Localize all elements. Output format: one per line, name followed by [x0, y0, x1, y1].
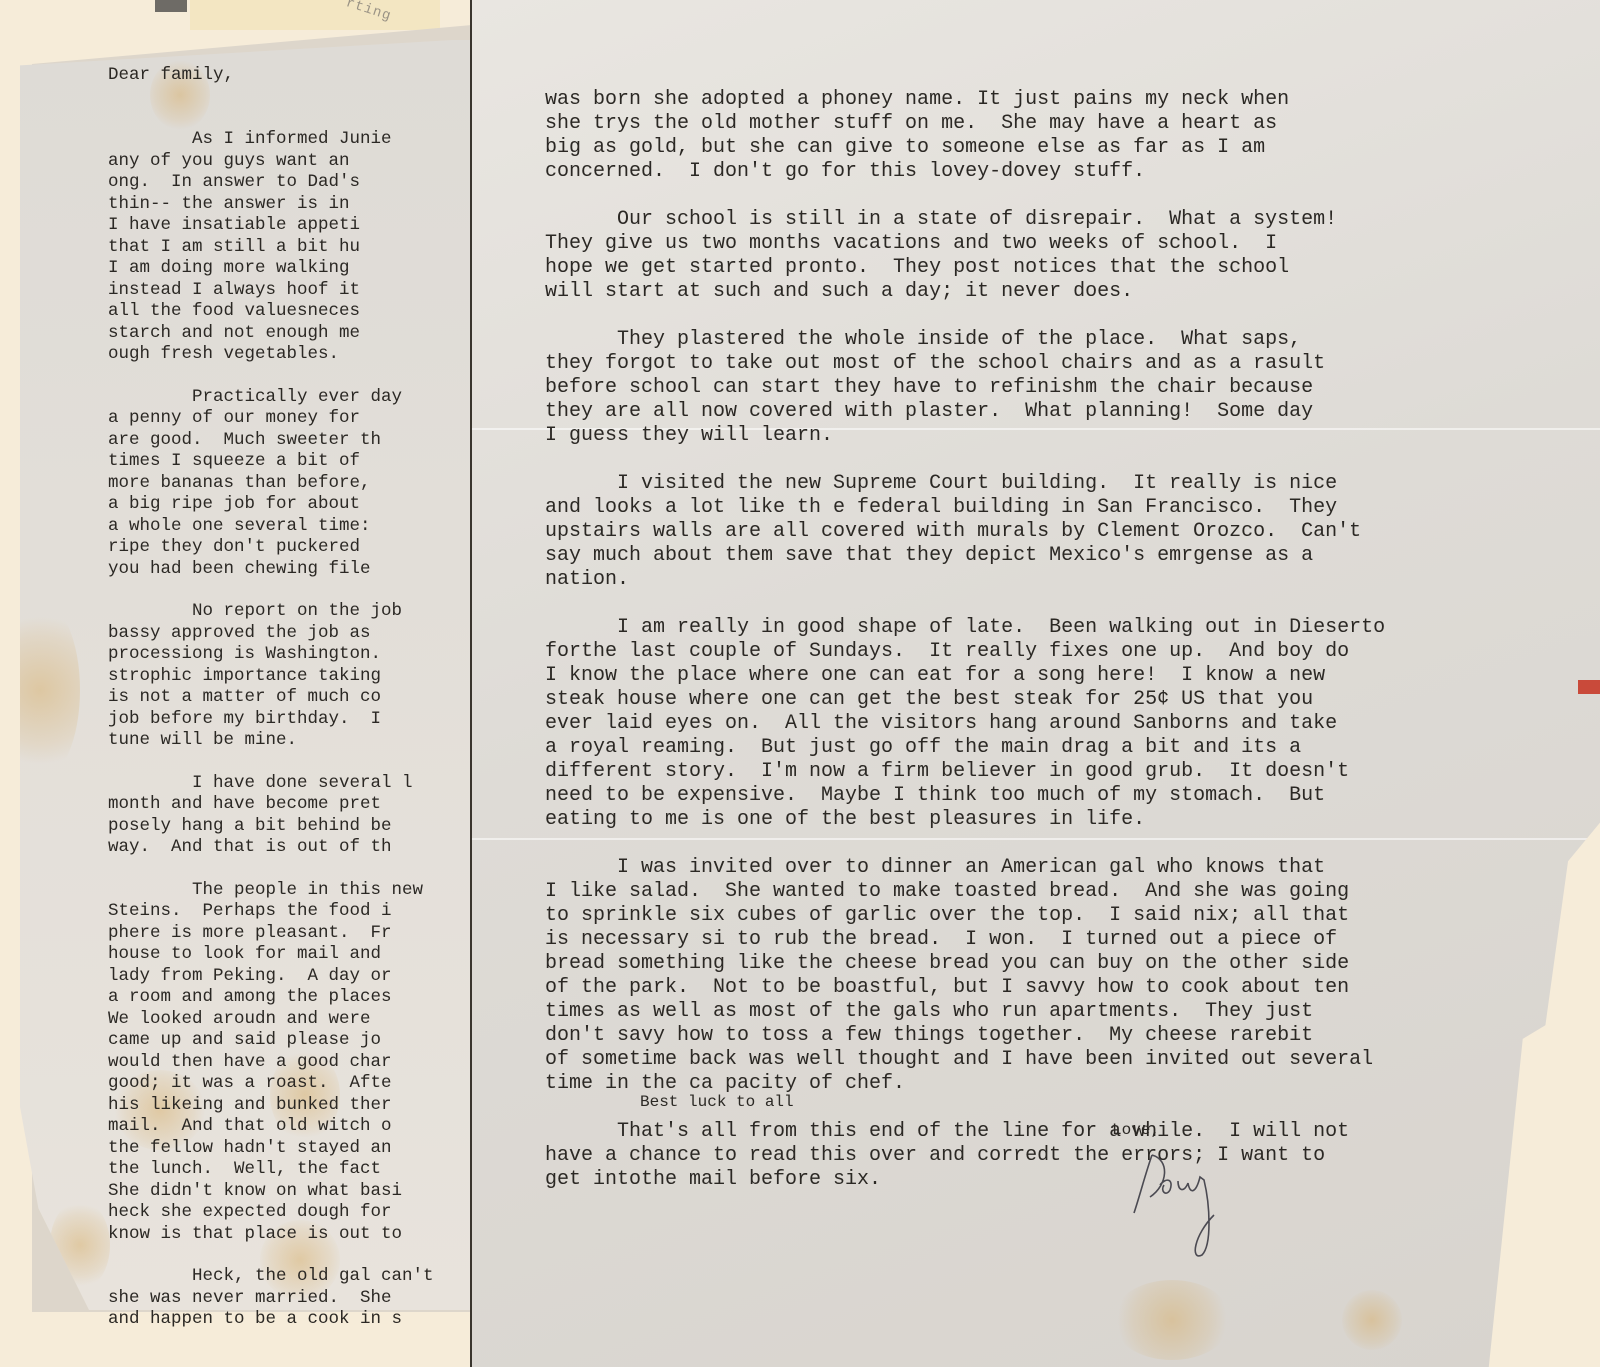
text-line: a whole one several time: — [108, 516, 468, 538]
red-paper-edge — [1578, 680, 1600, 694]
text-line: the lunch. Well, the fact — [108, 1159, 468, 1181]
text-line: No report on the job — [108, 601, 468, 623]
text-line: a big ripe job for about — [108, 494, 468, 516]
text-line: We looked aroudn and were — [108, 1009, 468, 1031]
text-line: I know the place where one can eat for a… — [545, 664, 1485, 688]
text-line: will start at such and such a day; it ne… — [545, 280, 1485, 304]
text-line: she was never married. She — [108, 1288, 468, 1310]
stain — [1112, 1280, 1232, 1360]
text-line: before school can start they have to ref… — [545, 376, 1485, 400]
paragraph: was born she adopted a phoney name. It j… — [545, 88, 1485, 184]
stain — [20, 600, 80, 780]
text-line: bassy approved the job as — [108, 623, 468, 645]
text-line: don't savy how to toss a few things toge… — [545, 1024, 1485, 1048]
text-line: all the food valuesneces — [108, 301, 468, 323]
paragraph: Our school is still in a state of disrep… — [545, 208, 1485, 304]
text-line: is not a matter of much co — [108, 687, 468, 709]
text-line: Our school is still in a state of disrep… — [545, 208, 1485, 232]
paragraph: I am really in good shape of late. Been … — [545, 616, 1485, 832]
text-line: nation. — [545, 568, 1485, 592]
paragraph: No report on the jobbassy approved the j… — [108, 601, 468, 752]
text-line: more bananas than before, — [108, 473, 468, 495]
text-line: heck she expected dough for — [108, 1202, 468, 1224]
handwritten-signature: Doug — [1130, 1135, 1240, 1265]
text-line: I was invited over to dinner an American… — [545, 856, 1485, 880]
text-line: phere is more pleasant. Fr — [108, 923, 468, 945]
text-line: lady from Peking. A day or — [108, 966, 468, 988]
text-line: any of you guys want an — [108, 151, 468, 173]
text-line: to sprinkle six cubes of garlic over the… — [545, 904, 1485, 928]
text-line: upstairs walls are all covered with mura… — [545, 520, 1485, 544]
text-line: you had been chewing file — [108, 559, 468, 581]
text-line: ough fresh vegetables. — [108, 344, 468, 366]
paragraph: The people in this newSteins. Perhaps th… — [108, 880, 468, 1246]
text-line: I am really in good shape of late. Been … — [545, 616, 1485, 640]
paragraph: They plastered the whole inside of the p… — [545, 328, 1485, 448]
text-line: starch and not enough me — [108, 323, 468, 345]
salutation: Dear family, — [108, 65, 468, 87]
text-line: times as well as most of the gals who ru… — [545, 1000, 1485, 1024]
text-line: are good. Much sweeter th — [108, 430, 468, 452]
text-line: concerned. I don't go for this lovey-dov… — [545, 160, 1485, 184]
text-line: I have insatiable appeti — [108, 215, 468, 237]
text-line: job before my birthday. I — [108, 709, 468, 731]
text-line: posely hang a bit behind be — [108, 816, 468, 838]
paragraph: Heck, the old gal can'tshe was never mar… — [108, 1266, 468, 1331]
text-line: As I informed Junie — [108, 129, 468, 151]
paragraph: Practically ever daya penny of our money… — [108, 387, 468, 581]
text-line: strophic importance taking — [108, 666, 468, 688]
text-line: that I am still a bit hu — [108, 237, 468, 259]
text-line: I guess they will learn. — [545, 424, 1485, 448]
text-line: way. And that is out of th — [108, 837, 468, 859]
text-line: a room and among the places — [108, 987, 468, 1009]
text-line: a penny of our money for — [108, 408, 468, 430]
text-line: I like salad. She wanted to make toasted… — [545, 880, 1485, 904]
text-line: big as gold, but she can give to someone… — [545, 136, 1485, 160]
background-clip — [155, 0, 187, 12]
text-line: She didn't know on what basi — [108, 1181, 468, 1203]
text-line: They give us two months vacations and tw… — [545, 232, 1485, 256]
text-line: is necessary si to rub the bread. I won.… — [545, 928, 1485, 952]
text-line: was born she adopted a phoney name. It j… — [545, 88, 1485, 112]
text-line: she trys the old mother stuff on me. She… — [545, 112, 1485, 136]
text-line: different story. I'm now a firm believer… — [545, 760, 1485, 784]
text-line: eating to me is one of the best pleasure… — [545, 808, 1485, 832]
text-line: bread something like the cheese bread yo… — [545, 952, 1485, 976]
text-line: ever laid eyes on. All the visitors hang… — [545, 712, 1485, 736]
stain — [1342, 1290, 1402, 1350]
text-line: I am doing more walking — [108, 258, 468, 280]
text-line: hope we get started pronto. They post no… — [545, 256, 1485, 280]
text-line: of the park. Not to be boastful, but I s… — [545, 976, 1485, 1000]
text-line: steak house where one can get the best s… — [545, 688, 1485, 712]
text-line: Heck, the old gal can't — [108, 1266, 468, 1288]
text-line: they are all now covered with plaster. W… — [545, 400, 1485, 424]
text-line: mail. And that old witch o — [108, 1116, 468, 1138]
text-line: month and have become pret — [108, 794, 468, 816]
text-line: The people in this new — [108, 880, 468, 902]
text-line: Steins. Perhaps the food i — [108, 901, 468, 923]
text-line: instead I always hoof it — [108, 280, 468, 302]
text-line: get intothe mail before six. — [545, 1168, 1485, 1192]
closing-line: Best luck to all — [640, 1093, 794, 1111]
text-line: a royal reaming. But just go off the mai… — [545, 736, 1485, 760]
text-line: say much about them save that they depic… — [545, 544, 1485, 568]
text-line: That's all from this end of the line for… — [545, 1120, 1485, 1144]
text-line: came up and said please jo — [108, 1030, 468, 1052]
text-line: tune will be mine. — [108, 730, 468, 752]
text-line: thin-- the answer is in — [108, 194, 468, 216]
paragraph: As I informed Junieany of you guys want … — [108, 129, 468, 366]
text-line: would then have a good char — [108, 1052, 468, 1074]
text-line: the fellow hadn't stayed an — [108, 1138, 468, 1160]
text-line: good; it was a roast. Afte — [108, 1073, 468, 1095]
text-line: ong. In answer to Dad's — [108, 172, 468, 194]
text-line: house to look for mail and — [108, 944, 468, 966]
left-page-text: Dear family, As I informed Junieany of y… — [108, 22, 468, 1352]
paragraph: I visited the new Supreme Court building… — [545, 472, 1485, 592]
text-line: and looks a lot like th e federal buildi… — [545, 496, 1485, 520]
text-line: I have done several l — [108, 773, 468, 795]
text-line: forthe last couple of Sundays. It really… — [545, 640, 1485, 664]
text-line: ripe they don't puckered — [108, 537, 468, 559]
paragraph: I have done several lmonth and have beco… — [108, 773, 468, 859]
text-line: need to be expensive. Maybe I think too … — [545, 784, 1485, 808]
text-line: and happen to be a cook in s — [108, 1309, 468, 1331]
text-line: I visited the new Supreme Court building… — [545, 472, 1485, 496]
text-line: Practically ever day — [108, 387, 468, 409]
text-line: have a chance to read this over and corr… — [545, 1144, 1485, 1168]
text-line: his likeing and bunked ther — [108, 1095, 468, 1117]
text-line: they forgot to take out most of the scho… — [545, 352, 1485, 376]
paragraph: I was invited over to dinner an American… — [545, 856, 1485, 1096]
paragraph: That's all from this end of the line for… — [545, 1120, 1485, 1192]
text-line: of sometime back was well thought and I … — [545, 1048, 1485, 1072]
right-page-text: was born she adopted a phoney name. It j… — [545, 88, 1485, 1216]
text-line: They plastered the whole inside of the p… — [545, 328, 1485, 352]
text-line: processiong is Washington. — [108, 644, 468, 666]
text-line: times I squeeze a bit of — [108, 451, 468, 473]
text-line: know is that place is out to — [108, 1224, 468, 1246]
